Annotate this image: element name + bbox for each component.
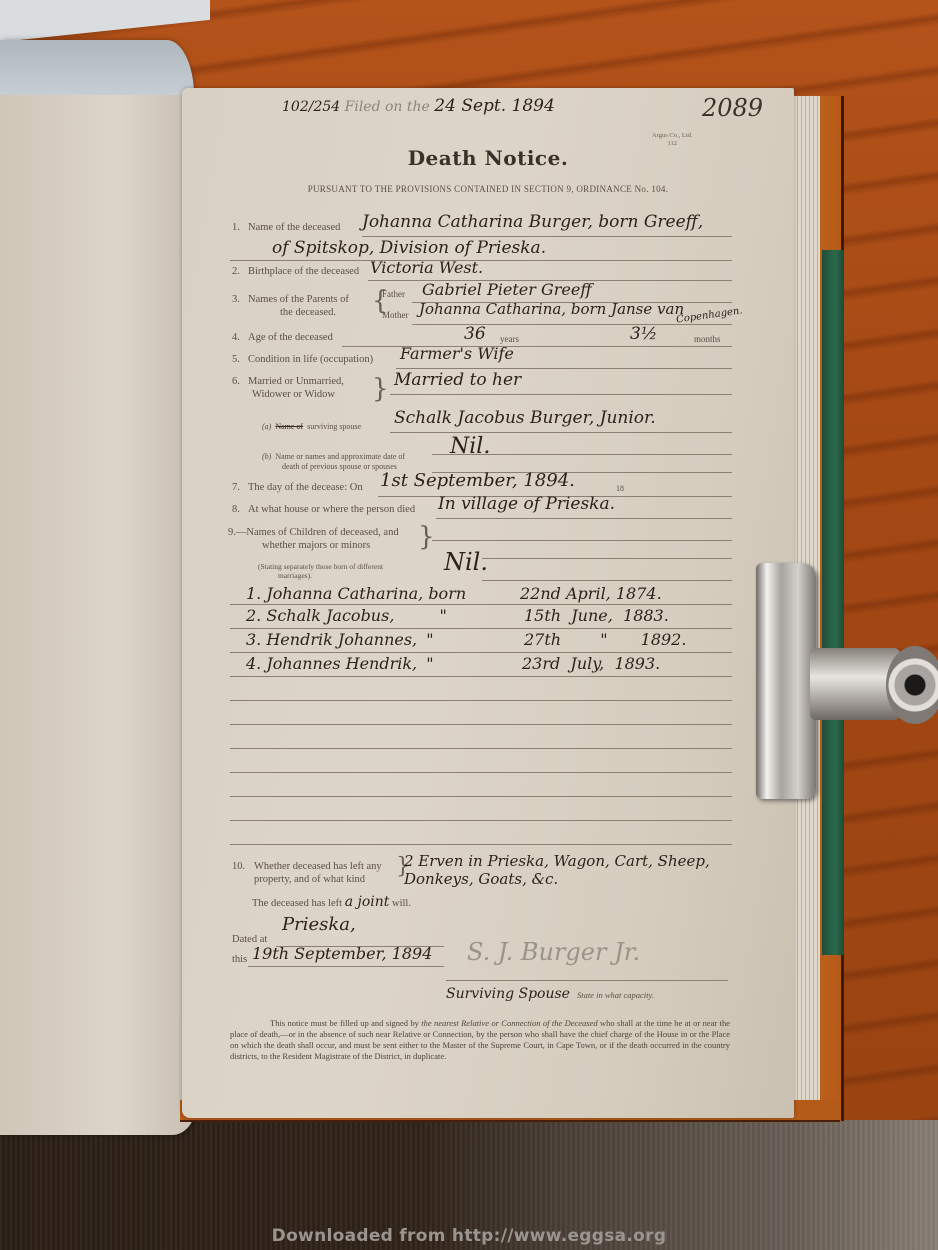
deceased-name-value: Johanna Catharina Burger, born Greeff, (362, 212, 703, 232)
left-page-block (0, 40, 196, 1135)
signature: S. J. Burger Jr. (467, 938, 640, 966)
filed-date: 24 Sept. 1894 (434, 96, 555, 116)
estate-number: 2089 (702, 94, 763, 122)
field-name-label: 1.Name of the deceased (232, 222, 340, 233)
dated-this-label: this (232, 954, 247, 965)
file-number: 102/254 (282, 99, 340, 115)
father-value: Gabriel Pieter Greeff (422, 280, 592, 299)
place-of-death-value: In village of Prieska. (438, 494, 615, 514)
mother-label: Mother (382, 310, 409, 320)
child-birthdate: 22nd April, 1874. (520, 584, 662, 603)
deceased-residence-value: of Spitskop, Division of Prieska. (272, 238, 546, 258)
reference-note: 102/254 Filed on the 24 Sept. 1894 (282, 96, 555, 116)
page-title: Death Notice. (182, 146, 794, 170)
field-birthplace-label: 2.Birthplace of the deceased (232, 266, 359, 277)
children-brace: } (418, 524, 435, 550)
filed-note: Filed on the (345, 99, 430, 115)
green-spine-ribbon (822, 250, 844, 955)
source-watermark: Downloaded from http://www.eggsa.org (0, 1226, 938, 1246)
dated-at-value: Prieska, (282, 914, 356, 935)
dated-this-value: 19th September, 1894 (252, 944, 432, 963)
capacity-label: State in what capacity. (577, 990, 654, 1000)
child-row: 1. Johanna Catharina, born (246, 584, 466, 603)
instructions-notice: This notice must be filled up and signed… (230, 1018, 730, 1062)
printer-name: Argus Co., Ltd. (652, 132, 693, 140)
field-parents-label: 3.Names of the Parents of the deceased. (232, 294, 349, 319)
capacity-value: Surviving Spouse (446, 986, 570, 1002)
marital-status-value: Married to her (394, 370, 521, 390)
mother-value: Johanna Catharina, born Janse van (419, 300, 684, 318)
child-row: 3. Hendrik Johannes, " (246, 630, 434, 649)
age-months-value: 3½ (630, 324, 657, 344)
surviving-spouse-value: Schalk Jacobus Burger, Junior. (394, 408, 656, 428)
months-label: months (694, 334, 721, 344)
field-place-of-death-label: 8.At what house or where the person died (232, 504, 415, 515)
date-of-death-value: 1st September, 1894. (380, 470, 575, 491)
child-birthdate: 27th " 1892. (524, 630, 686, 649)
field-marital-label: 6.Married or Unmarried, Widower or Widow (232, 376, 344, 401)
child-row: 4. Johannes Hendrik, " (246, 654, 434, 673)
field-children-label: 9.—Names of Children of deceased, and wh… (228, 526, 399, 552)
bulldog-clip-plate (756, 563, 816, 799)
printed-year-prefix: 18 (616, 484, 624, 493)
field-occupation-label: 5.Condition in life (occupation) (232, 354, 373, 365)
marital-brace: } (372, 376, 389, 402)
age-years-value: 36 (464, 324, 486, 344)
bulldog-clip-ring (886, 646, 938, 724)
left-page-top-edge (0, 40, 194, 95)
page-subtitle: PURSUANT TO THE PROVISIONS CONTAINED IN … (182, 184, 794, 194)
child-birthdate: 15th June, 1883. (524, 606, 669, 625)
property-value-line2: Donkeys, Goats, &c. (404, 870, 558, 888)
previous-spouse-value: Nil. (450, 434, 490, 459)
field-property-label: 10.Whether deceased has left any propert… (232, 860, 382, 886)
child-row: 2. Schalk Jacobus, " (246, 606, 447, 625)
death-notice-page: 102/254 Filed on the 24 Sept. 1894 2089 … (182, 88, 794, 1118)
children-note: (Stating separately those born of differ… (258, 562, 383, 580)
field-date-of-death-label: 7.The day of the decease: On (232, 482, 363, 493)
father-label: Father (382, 289, 405, 299)
children-previous-marriage-value: Nil. (444, 548, 488, 576)
years-label: years (500, 334, 519, 344)
occupation-value: Farmer's Wife (400, 344, 514, 363)
field-will-label: The deceased has left a joint will. (252, 894, 411, 910)
field-age-label: 4.Age of the deceased (232, 332, 333, 343)
child-birthdate: 23rd July, 1893. (522, 654, 660, 673)
field-previous-spouse-label: (b) Name or names and approximate date o… (262, 452, 405, 471)
will-value: a joint (345, 894, 390, 910)
field-spouse-label: (a) Name of surviving spouse (262, 422, 361, 431)
birthplace-value: Victoria West. (370, 258, 483, 277)
mother-value-continuation: Copenhagen. (676, 305, 744, 325)
property-value-line1: 2 Erven in Prieska, Wagon, Cart, Sheep, (404, 852, 710, 870)
